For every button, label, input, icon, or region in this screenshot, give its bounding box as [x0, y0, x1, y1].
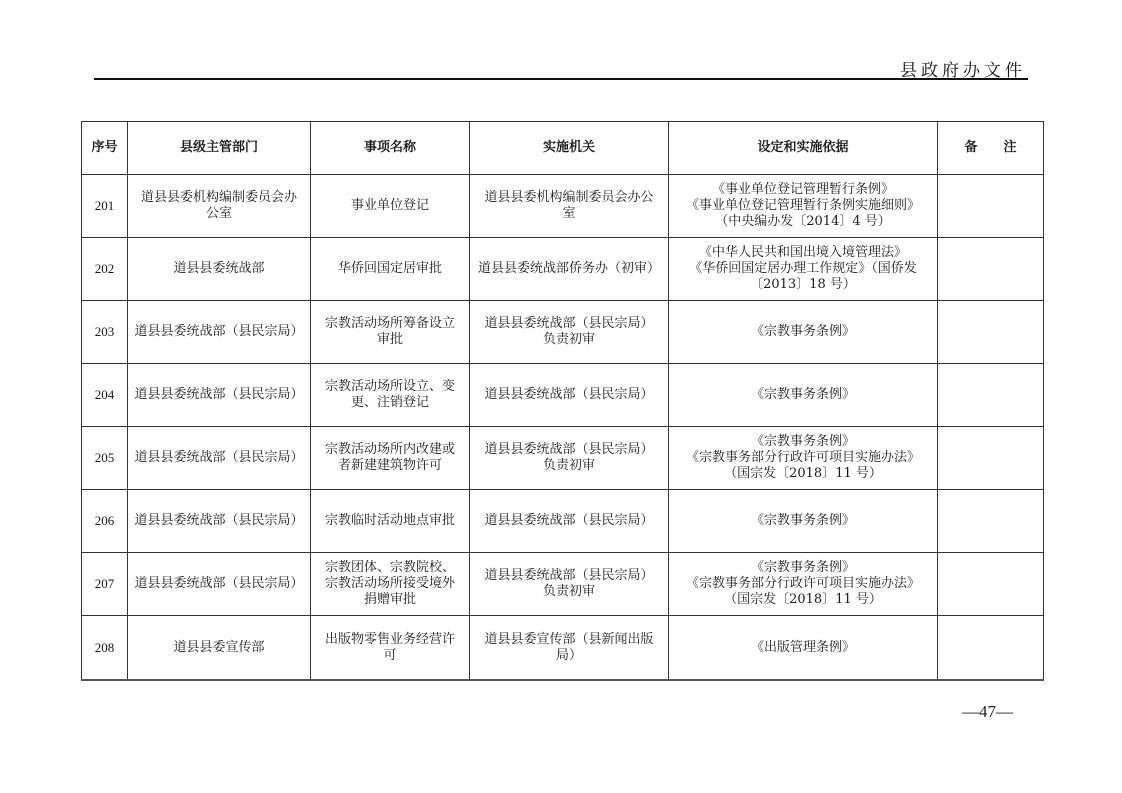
item-name-cell-line: 宗教临时活动地点审批 — [317, 513, 463, 529]
remark-cell — [938, 175, 1044, 238]
item-name-cell-line: 者新建建筑物许可 — [317, 458, 463, 474]
column-header-no: 序号 — [82, 122, 128, 175]
row-number-cell: 201 — [82, 175, 128, 238]
item-name-cell: 宗教活动场所筹备设立审批 — [311, 301, 470, 364]
department-cell-line: 道县县委统战部（县民宗局） — [134, 450, 304, 466]
legal-basis-cell-line: 《宗教事务条例》 — [675, 324, 931, 340]
legal-basis-cell-line: 《事业单位登记管理暂行条例实施细则》 — [675, 198, 931, 214]
row-number-cell: 204 — [82, 364, 128, 427]
implementing-agency-cell: 道县县委统战部（县民宗局） — [470, 364, 669, 427]
table-row: 203道县县委统战部（县民宗局）宗教活动场所筹备设立审批道县县委统战部（县民宗局… — [82, 301, 1044, 364]
department-cell: 道县县委统战部（县民宗局） — [128, 490, 311, 553]
item-name-cell-line: 审批 — [317, 332, 463, 348]
department-cell: 道县县委统战部 — [128, 238, 311, 301]
implementing-agency-cell-line: 道县县委统战部（县民宗局） — [476, 442, 662, 458]
item-name-cell-line: 捐赠审批 — [317, 592, 463, 608]
implementing-agency-cell-line: 道县县委统战部（县民宗局） — [476, 316, 662, 332]
legal-basis-cell-line: 〔2013〕18 号） — [675, 277, 931, 293]
item-name-cell: 宗教临时活动地点审批 — [311, 490, 470, 553]
item-name-cell-line: 宗教团体、宗教院校、 — [317, 560, 463, 576]
department-cell-line: 道县县委宣传部 — [134, 640, 304, 656]
legal-basis-cell: 《事业单位登记管理暂行条例》《事业单位登记管理暂行条例实施细则》（中央编办发〔2… — [669, 175, 938, 238]
implementing-agency-cell: 道县县委统战部（县民宗局）负责初审 — [470, 553, 669, 616]
implementing-agency-cell: 道县县委机构编制委员会办公室 — [470, 175, 669, 238]
item-name-cell: 宗教团体、宗教院校、宗教活动场所接受境外捐赠审批 — [311, 553, 470, 616]
table-row: 205道县县委统战部（县民宗局）宗教活动场所内改建或者新建建筑物许可道县县委统战… — [82, 427, 1044, 490]
item-name-cell: 宗教活动场所设立、变更、注销登记 — [311, 364, 470, 427]
legal-basis-cell: 《宗教事务条例》 — [669, 364, 938, 427]
table-header-row: 序号 县级主管部门 事项名称 实施机关 设定和实施依据 备 注 — [82, 122, 1044, 175]
department-cell: 道县县委统战部（县民宗局） — [128, 553, 311, 616]
implementing-agency-cell-line: 负责初审 — [476, 584, 662, 600]
row-number-cell: 207 — [82, 553, 128, 616]
legal-basis-cell: 《宗教事务条例》 — [669, 490, 938, 553]
remark-cell — [938, 364, 1044, 427]
implementing-agency-cell-line: 道县县委统战部侨务办（初审） — [476, 261, 662, 277]
remark-cell — [938, 427, 1044, 490]
item-name-cell-line: 可 — [317, 648, 463, 664]
implementing-agency-cell-line: 道县县委宣传部（县新闻出版 — [476, 632, 662, 648]
legal-basis-cell-line: 《宗教事务部分行政许可项目实施办法》 — [675, 450, 931, 466]
implementing-agency-cell: 道县县委统战部（县民宗局） — [470, 490, 669, 553]
department-cell: 道县县委统战部（县民宗局） — [128, 364, 311, 427]
remark-cell — [938, 301, 1044, 364]
row-number-cell: 202 — [82, 238, 128, 301]
column-header-agency: 实施机关 — [470, 122, 669, 175]
implementing-agency-cell-line: 道县县委统战部（县民宗局） — [476, 568, 662, 584]
table-row: 206道县县委统战部（县民宗局）宗教临时活动地点审批道县县委统战部（县民宗局）《… — [82, 490, 1044, 553]
department-cell: 道县县委宣传部 — [128, 616, 311, 681]
row-number-cell: 206 — [82, 490, 128, 553]
implementing-agency-cell-line: 道县县委统战部（县民宗局） — [476, 513, 662, 529]
legal-basis-cell-line: （国宗发〔2018〕11 号） — [675, 466, 931, 482]
department-cell: 道县县委统战部（县民宗局） — [128, 427, 311, 490]
department-cell: 道县县委机构编制委员会办公室 — [128, 175, 311, 238]
department-cell-line: 公室 — [134, 206, 304, 222]
legal-basis-cell-line: 《出版管理条例》 — [675, 640, 931, 656]
implementing-agency-cell-line: 室 — [476, 206, 662, 222]
remark-cell — [938, 490, 1044, 553]
department-cell-line: 道县县委机构编制委员会办 — [134, 190, 304, 206]
item-name-cell: 宗教活动场所内改建或者新建建筑物许可 — [311, 427, 470, 490]
item-name-cell-line: 宗教活动场所接受境外 — [317, 576, 463, 592]
table-row: 202道县县委统战部华侨回国定居审批道县县委统战部侨务办（初审）《中华人民共和国… — [82, 238, 1044, 301]
remark-cell — [938, 616, 1044, 681]
item-name-cell-line: 更、注销登记 — [317, 395, 463, 411]
header-rule — [94, 78, 1028, 80]
item-name-cell: 出版物零售业务经营许可 — [311, 616, 470, 681]
remark-cell — [938, 553, 1044, 616]
column-header-basis: 设定和实施依据 — [669, 122, 938, 175]
column-header-item: 事项名称 — [311, 122, 470, 175]
column-header-dept: 县级主管部门 — [128, 122, 311, 175]
legal-basis-cell-line: 《宗教事务部分行政许可项目实施办法》 — [675, 576, 931, 592]
legal-basis-cell-line: 《事业单位登记管理暂行条例》 — [675, 182, 931, 198]
department-cell-line: 道县县委统战部（县民宗局） — [134, 576, 304, 592]
legal-basis-cell: 《宗教事务条例》《宗教事务部分行政许可项目实施办法》（国宗发〔2018〕11 号… — [669, 427, 938, 490]
implementing-agency-cell: 道县县委宣传部（县新闻出版局） — [470, 616, 669, 681]
item-name-cell-line: 事业单位登记 — [317, 198, 463, 214]
row-number-cell: 208 — [82, 616, 128, 681]
legal-basis-cell: 《宗教事务条例》 — [669, 301, 938, 364]
table-row: 201道县县委机构编制委员会办公室事业单位登记道县县委机构编制委员会办公室《事业… — [82, 175, 1044, 238]
implementing-agency-cell-line: 道县县委统战部（县民宗局） — [476, 387, 662, 403]
approval-items-table: 序号 县级主管部门 事项名称 实施机关 设定和实施依据 备 注 201道县县委机… — [81, 121, 1044, 681]
item-name-cell-line: 宗教活动场所设立、变 — [317, 379, 463, 395]
legal-basis-cell-line: （国宗发〔2018〕11 号） — [675, 592, 931, 608]
item-name-cell-line: 宗教活动场所内改建或 — [317, 442, 463, 458]
legal-basis-cell: 《出版管理条例》 — [669, 616, 938, 681]
item-name-cell-line: 华侨回国定居审批 — [317, 261, 463, 277]
implementing-agency-cell: 道县县委统战部（县民宗局）负责初审 — [470, 301, 669, 364]
implementing-agency-cell-line: 道县县委机构编制委员会办公 — [476, 190, 662, 206]
implementing-agency-cell: 道县县委统战部侨务办（初审） — [470, 238, 669, 301]
legal-basis-cell: 《宗教事务条例》《宗教事务部分行政许可项目实施办法》（国宗发〔2018〕11 号… — [669, 553, 938, 616]
table-row: 204道县县委统战部（县民宗局）宗教活动场所设立、变更、注销登记道县县委统战部（… — [82, 364, 1044, 427]
item-name-cell: 华侨回国定居审批 — [311, 238, 470, 301]
department-cell: 道县县委统战部（县民宗局） — [128, 301, 311, 364]
legal-basis-cell-line: （中央编办发〔2014〕4 号） — [675, 214, 931, 230]
table-row: 207道县县委统战部（县民宗局）宗教团体、宗教院校、宗教活动场所接受境外捐赠审批… — [82, 553, 1044, 616]
row-number-cell: 205 — [82, 427, 128, 490]
table-row: 208道县县委宣传部出版物零售业务经营许可道县县委宣传部（县新闻出版局）《出版管… — [82, 616, 1044, 681]
legal-basis-cell-line: 《宗教事务条例》 — [675, 434, 931, 450]
item-name-cell-line: 宗教活动场所筹备设立 — [317, 316, 463, 332]
page-number: —47— — [962, 702, 1013, 722]
remark-cell — [938, 238, 1044, 301]
legal-basis-cell-line: 《宗教事务条例》 — [675, 560, 931, 576]
department-cell-line: 道县县委统战部 — [134, 261, 304, 277]
legal-basis-cell-line: 《中华人民共和国出境入境管理法》 — [675, 245, 931, 261]
department-cell-line: 道县县委统战部（县民宗局） — [134, 513, 304, 529]
implementing-agency-cell: 道县县委统战部（县民宗局）负责初审 — [470, 427, 669, 490]
column-header-remark: 备 注 — [938, 122, 1044, 175]
legal-basis-cell-line: 《宗教事务条例》 — [675, 513, 931, 529]
legal-basis-cell-line: 《宗教事务条例》 — [675, 387, 931, 403]
implementing-agency-cell-line: 局） — [476, 648, 662, 664]
row-number-cell: 203 — [82, 301, 128, 364]
legal-basis-cell: 《中华人民共和国出境入境管理法》《华侨回国定居办理工作规定》（国侨发〔2013〕… — [669, 238, 938, 301]
department-cell-line: 道县县委统战部（县民宗局） — [134, 387, 304, 403]
department-cell-line: 道县县委统战部（县民宗局） — [134, 324, 304, 340]
implementing-agency-cell-line: 负责初审 — [476, 458, 662, 474]
item-name-cell: 事业单位登记 — [311, 175, 470, 238]
legal-basis-cell-line: 《华侨回国定居办理工作规定》（国侨发 — [675, 261, 931, 277]
implementing-agency-cell-line: 负责初审 — [476, 332, 662, 348]
item-name-cell-line: 出版物零售业务经营许 — [317, 632, 463, 648]
